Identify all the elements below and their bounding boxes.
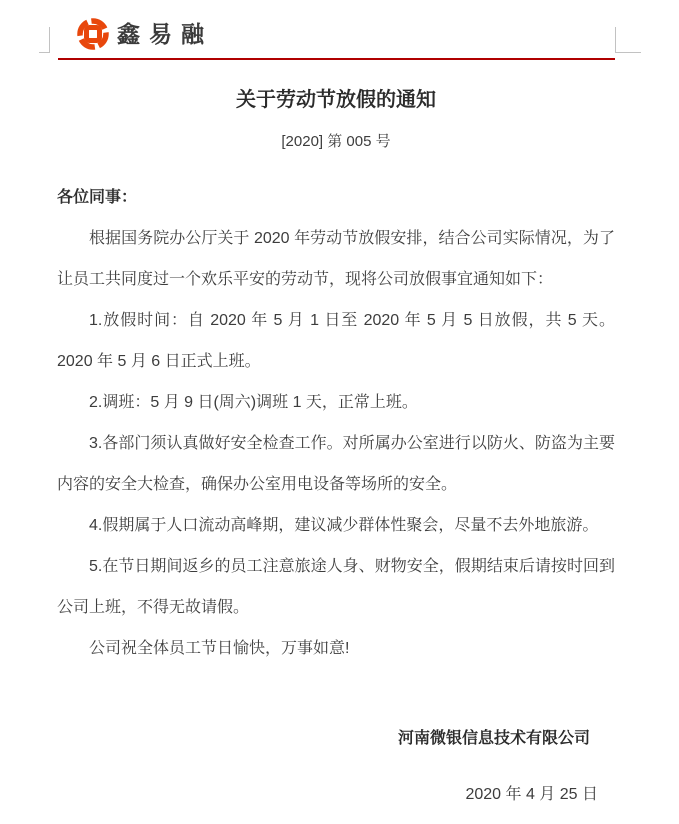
paragraph-intro: 根据国务院办公厅关于 2020 年劳动节放假安排，结合公司实际情况，为了让员工共… bbox=[57, 218, 615, 300]
company-signature: 河南微银信息技术有限公司 bbox=[57, 727, 615, 751]
doc-number: [2020] 第 005 号 bbox=[57, 133, 615, 151]
signature-date: 2020 年 4 月 25 日 bbox=[57, 783, 615, 807]
paragraph-item-2: 2.调班：5 月 9 日(周六)调班 1 天，正常上班。 bbox=[57, 382, 615, 423]
brand-text: 鑫易融 bbox=[117, 18, 213, 50]
paragraph-item-1: 1.放假时间：自 2020 年 5 月 1 日至 2020 年 5 月 5 日放… bbox=[57, 300, 615, 382]
paragraph-closing: 公司祝全体员工节日愉快，万事如意! bbox=[57, 628, 615, 669]
notice-page: 鑫易融 关于劳动节放假的通知 [2020] 第 005 号 各位同事： 根据国务… bbox=[0, 0, 679, 824]
company-logo: 鑫易融 bbox=[77, 18, 213, 50]
paragraph-item-4: 4.假期属于人口流动高峰期，建议减少群体性聚会，尽量不去外地旅游。 bbox=[57, 505, 615, 546]
notice-title: 关于劳动节放假的通知 bbox=[57, 88, 615, 112]
notice-text: 各位同事： 根据国务院办公厅关于 2020 年劳动节放假安排，结合公司实际情况，… bbox=[57, 177, 615, 669]
text-boundary-mark-top-right bbox=[615, 27, 641, 53]
header-divider-line bbox=[58, 58, 615, 60]
paragraph-item-5: 5.在节日期间返乡的员工注意旅途人身、财物安全，假期结束后请按时回到公司上班，不… bbox=[57, 546, 615, 628]
coin-icon bbox=[77, 18, 109, 50]
text-boundary-mark-top-left bbox=[39, 27, 50, 53]
salutation: 各位同事： bbox=[57, 177, 615, 218]
notice-body: 关于劳动节放假的通知 [2020] 第 005 号 各位同事： 根据国务院办公厅… bbox=[57, 88, 615, 807]
paragraph-item-3: 3.各部门须认真做好安全检查工作。对所属办公室进行以防火、防盗为主要内容的安全大… bbox=[57, 423, 615, 505]
